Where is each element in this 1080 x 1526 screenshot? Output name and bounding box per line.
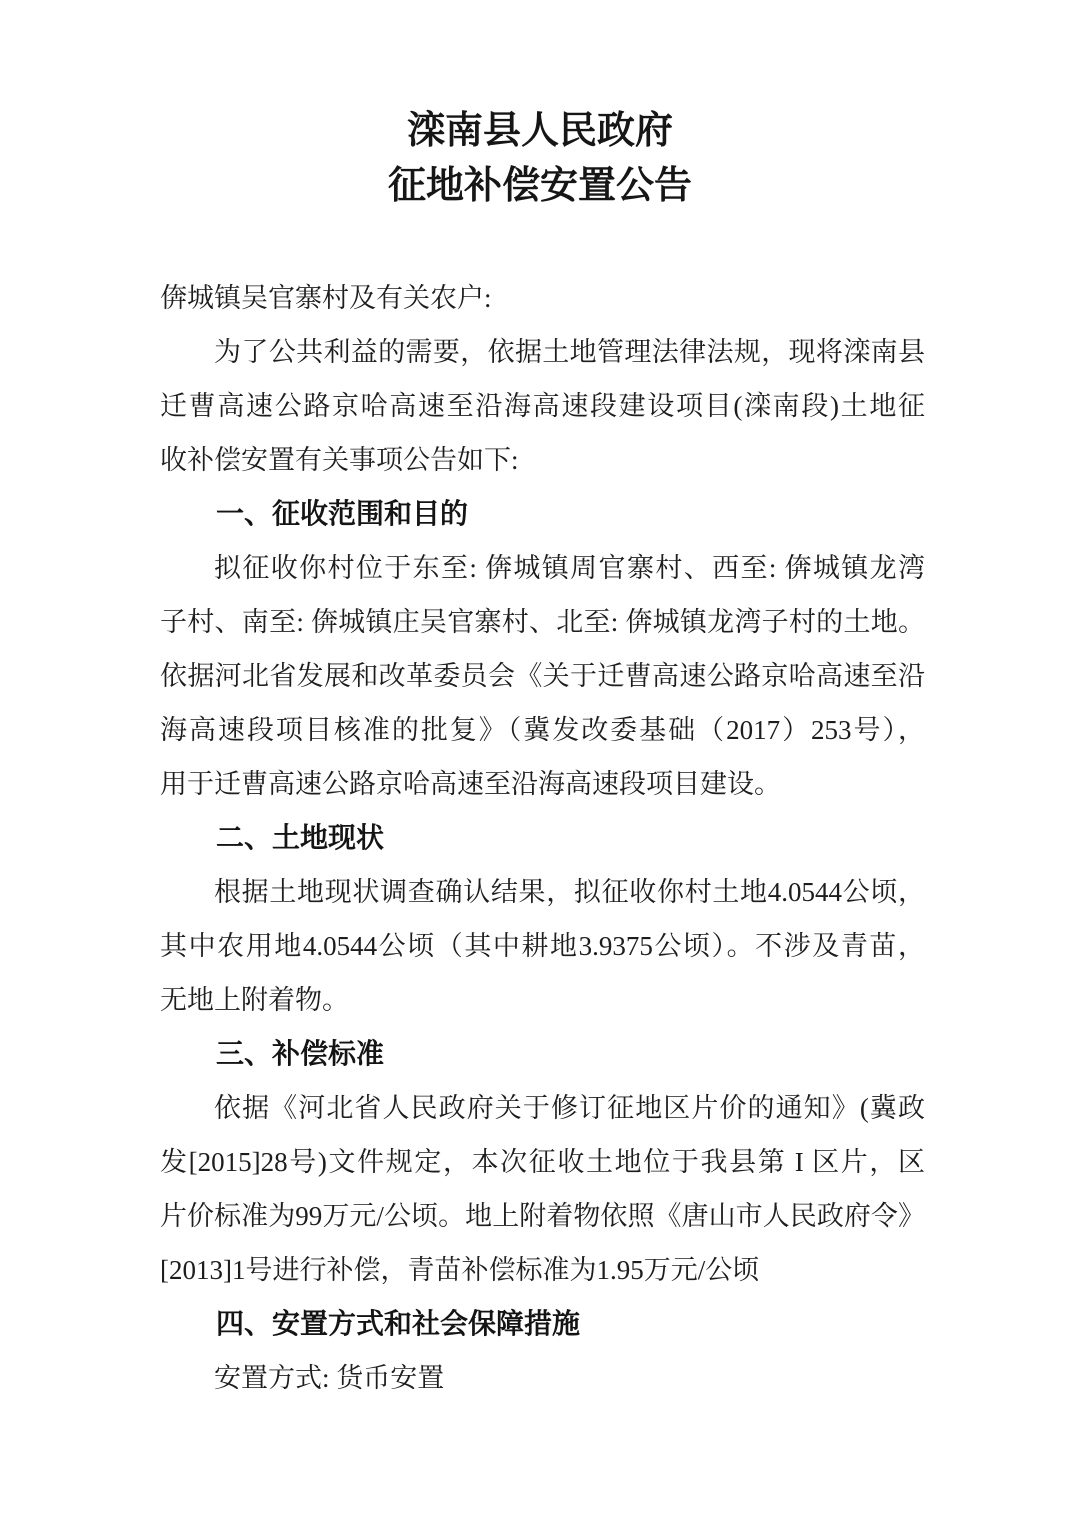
intro-line: 迁曹高速公路京哈高速至沿海高速段建设项目(滦南段)土地征 <box>160 379 925 433</box>
intro-line: 为了公共利益的需要，依据土地管理法律法规，现将滦南县 <box>160 325 925 379</box>
section-1-heading: 一、征收范围和目的 <box>160 487 925 541</box>
section-3-line: 依据《河北省人民政府关于修订征地区片价的通知》(冀政 <box>160 1081 925 1135</box>
section-3-line: 片价标准为99万元/公顷。地上附着物依照《唐山市人民政府令》 <box>160 1189 925 1243</box>
section-3-heading: 三、补偿标准 <box>160 1027 925 1081</box>
section-4-line: 安置方式: 货币安置 <box>160 1351 925 1405</box>
document-title: 滦南县人民政府 征地补偿安置公告 <box>0 0 1080 214</box>
title-line-1: 滦南县人民政府 <box>0 104 1080 159</box>
salutation: 倴城镇吴官寨村及有关农户: <box>160 271 925 325</box>
section-4-heading: 四、安置方式和社会保障措施 <box>160 1297 925 1351</box>
announcement-document-page: 滦南县人民政府 征地补偿安置公告 倴城镇吴官寨村及有关农户: 为了公共利益的需要… <box>0 0 1080 1526</box>
section-3-line: 发[2015]28号)文件规定，本次征收土地位于我县第 I 区片，区 <box>160 1135 925 1189</box>
intro-line: 收补偿安置有关事项公告如下: <box>160 433 925 487</box>
section-2-line: 其中农用地4.0544公顷（其中耕地3.9375公顷）。不涉及青苗， <box>160 919 925 973</box>
section-2-line: 无地上附着物。 <box>160 973 925 1027</box>
section-1-line: 子村、南至: 倴城镇庄吴官寨村、北至: 倴城镇龙湾子村的土地。 <box>160 595 925 649</box>
section-3-line: [2013]1号进行补偿，青苗补偿标准为1.95万元/公顷 <box>160 1243 925 1297</box>
title-line-2: 征地补偿安置公告 <box>0 159 1080 214</box>
section-1-line: 依据河北省发展和改革委员会《关于迁曹高速公路京哈高速至沿 <box>160 649 925 703</box>
section-2-line: 根据土地现状调查确认结果，拟征收你村土地4.0544公顷， <box>160 865 925 919</box>
section-2-heading: 二、土地现状 <box>160 811 925 865</box>
section-1-line: 用于迁曹高速公路京哈高速至沿海高速段项目建设。 <box>160 757 925 811</box>
section-1-line: 拟征收你村位于东至: 倴城镇周官寨村、西至: 倴城镇龙湾 <box>160 541 925 595</box>
section-1-line: 海高速段项目核准的批复》（冀发改委基础（2017）253号）， <box>160 703 925 757</box>
document-body: 倴城镇吴官寨村及有关农户: 为了公共利益的需要，依据土地管理法律法规，现将滦南县… <box>160 271 925 1405</box>
